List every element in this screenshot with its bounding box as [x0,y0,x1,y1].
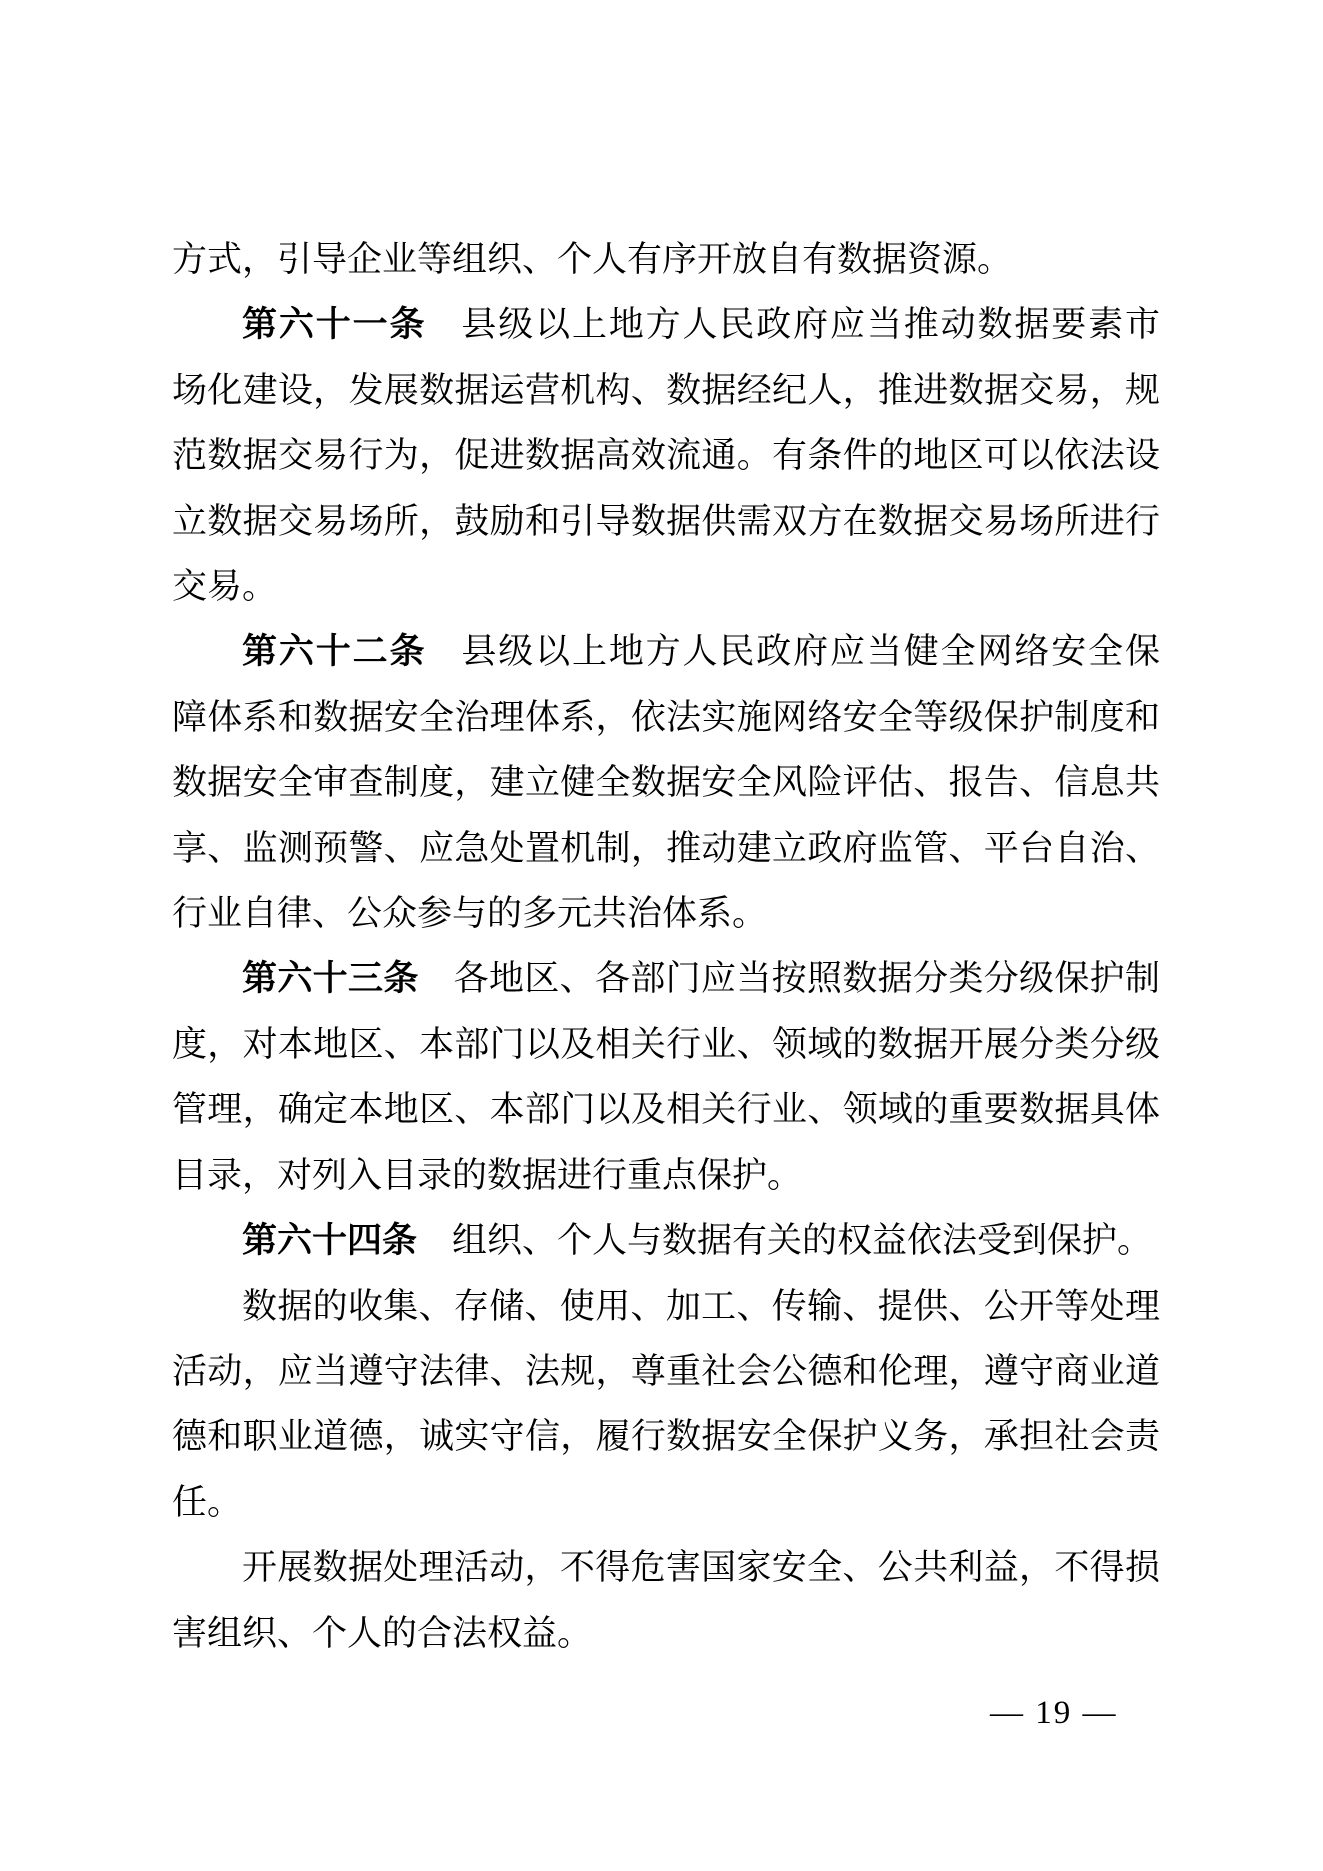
body-text: 度，对本地区、本部门以及相关行业、领域的数据开展分类分级 [172,1025,1160,1064]
body-text: 县级以上地方人民政府应当推动数据要素市 [461,305,1160,344]
text-line: 任。 [172,1470,1160,1535]
text-line: 度，对本地区、本部门以及相关行业、领域的数据开展分类分级 [172,1012,1160,1077]
body-text: 行业自律、公众参与的多元共治体系。 [172,894,767,933]
text-line: 数据的收集、存储、使用、加工、传输、提供、公开等处理 [172,1274,1160,1339]
body-text: 立数据交易场所，鼓励和引导数据供需双方在数据交易场所进行 [172,502,1160,541]
text-line: 目录，对列入目录的数据进行重点保护。 [172,1143,1160,1208]
body-text: 管理，确定本地区、本部门以及相关行业、领域的重要数据具体 [172,1090,1160,1129]
text-line: 活动，应当遵守法律、法规，尊重社会公德和伦理，遵守商业道 [172,1339,1160,1404]
text-line: 德和职业道德，诚实守信，履行数据安全保护义务，承担社会责 [172,1404,1160,1469]
body-text: 享、监测预警、应急处置机制，推动建立政府监管、平台自治、 [172,829,1160,868]
body-text: 数据的收集、存储、使用、加工、传输、提供、公开等处理 [242,1287,1160,1326]
article-number: 第六十四条 [242,1221,417,1260]
text-line: 数据安全审查制度，建立健全数据安全风险评估、报告、信息共 [172,750,1160,815]
text-line: 享、监测预警、应急处置机制，推动建立政府监管、平台自治、 [172,816,1160,881]
text-line: 开展数据处理活动，不得危害国家安全、公共利益，不得损 [172,1535,1160,1600]
text-line: 第六十一条县级以上地方人民政府应当推动数据要素市 [172,292,1160,357]
body-text: 德和职业道德，诚实守信，履行数据安全保护义务，承担社会责 [172,1417,1160,1456]
text-line: 第六十四条组织、个人与数据有关的权益依法受到保护。 [172,1208,1160,1273]
body-text: 县级以上地方人民政府应当健全网络安全保 [461,632,1160,671]
page-number-text: — 19 — [990,1695,1118,1731]
body-text: 各地区、各部门应当按照数据分类分级保护制 [454,959,1160,998]
body-text: 组织、个人与数据有关的权益依法受到保护。 [452,1221,1152,1260]
text-line: 害组织、个人的合法权益。 [172,1601,1160,1666]
article-number: 第六十三条 [242,959,419,998]
body-text: 场化建设，发展数据运营机构、数据经纪人，推进数据交易，规 [172,371,1160,410]
text-line: 管理，确定本地区、本部门以及相关行业、领域的重要数据具体 [172,1077,1160,1142]
body-text: 交易。 [172,567,277,606]
body-text: 任。 [172,1483,242,1522]
body-text: 范数据交易行为，促进数据高效流通。有条件的地区可以依法设 [172,436,1160,475]
text-line: 行业自律、公众参与的多元共治体系。 [172,881,1160,946]
body-text: 开展数据处理活动，不得危害国家安全、公共利益，不得损 [242,1548,1160,1587]
body-text: 害组织、个人的合法权益。 [172,1614,592,1653]
text-line: 方式，引导企业等组织、个人有序开放自有数据资源。 [172,227,1160,292]
text-line: 立数据交易场所，鼓励和引导数据供需双方在数据交易场所进行 [172,489,1160,554]
body-text: 障体系和数据安全治理体系，依法实施网络安全等级保护制度和 [172,698,1160,737]
text-line: 交易。 [172,554,1160,619]
body-text: 目录，对列入目录的数据进行重点保护。 [172,1156,802,1195]
page-number: — 19 — [990,1693,1118,1733]
text-line: 第六十二条县级以上地方人民政府应当健全网络安全保 [172,619,1160,684]
body-text: 方式，引导企业等组织、个人有序开放自有数据资源。 [172,240,1012,279]
body-text: 数据安全审查制度，建立健全数据安全风险评估、报告、信息共 [172,763,1160,802]
article-number: 第六十一条 [242,305,426,344]
text-line: 范数据交易行为，促进数据高效流通。有条件的地区可以依法设 [172,423,1160,488]
text-line: 第六十三条各地区、各部门应当按照数据分类分级保护制 [172,946,1160,1011]
document-body: 方式，引导企业等组织、个人有序开放自有数据资源。 第六十一条县级以上地方人民政府… [172,227,1160,1666]
article-number: 第六十二条 [242,632,426,671]
body-text: 活动，应当遵守法律、法规，尊重社会公德和伦理，遵守商业道 [172,1352,1160,1391]
text-line: 场化建设，发展数据运营机构、数据经纪人，推进数据交易，规 [172,358,1160,423]
text-line: 障体系和数据安全治理体系，依法实施网络安全等级保护制度和 [172,685,1160,750]
